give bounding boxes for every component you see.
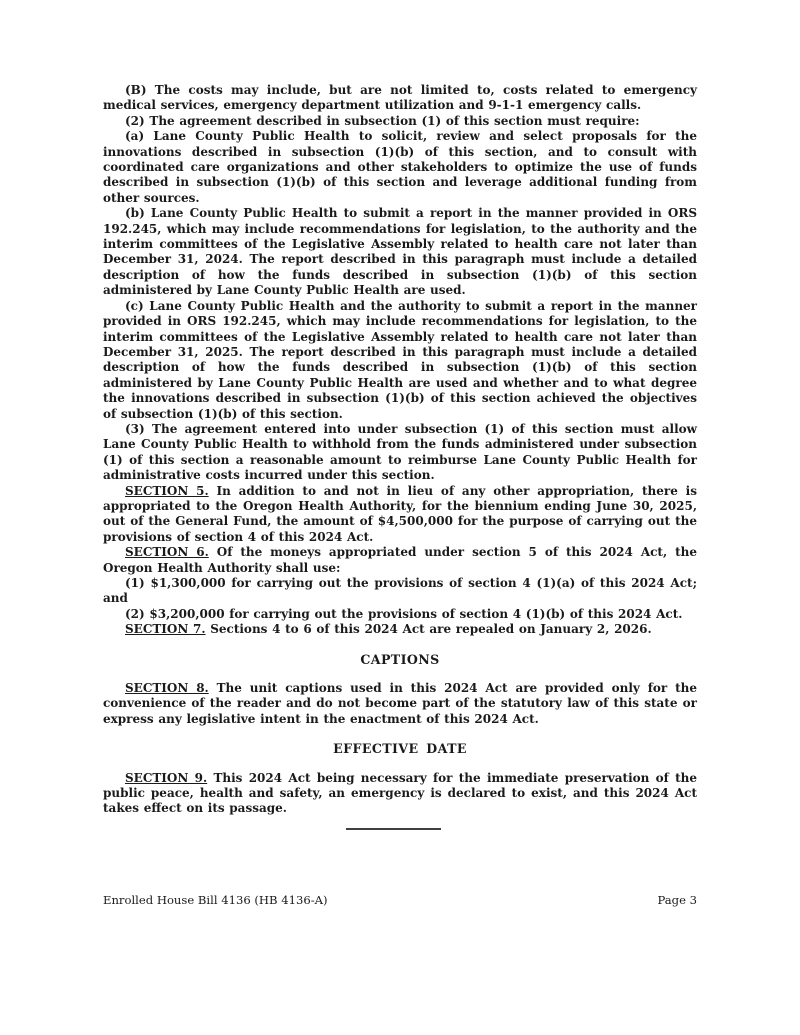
section-paragraph: SECTION 6. Of the moneys appropriated un… <box>103 545 697 576</box>
section-label: SECTION 9. <box>125 771 207 785</box>
footer-bill-title: Enrolled House Bill 4136 (HB 4136-A) <box>103 893 328 907</box>
bill-page: (B) The costs may include, but are not l… <box>0 0 800 1035</box>
section-paragraph: SECTION 7. Sections 4 to 6 of this 2024 … <box>103 622 697 637</box>
paragraph-label: (3) <box>125 422 145 436</box>
paragraph: (c) Lane County Public Health and the au… <box>103 299 697 422</box>
paragraph: (2) The agreement described in subsectio… <box>103 114 697 129</box>
paragraph-label: (c) <box>125 299 144 313</box>
section-label: SECTION 8. <box>125 681 209 695</box>
document-body: (B) The costs may include, but are not l… <box>103 83 697 830</box>
section-paragraph: SECTION 5. In addition to and not in lie… <box>103 484 697 546</box>
paragraph-label: (2) <box>125 607 145 621</box>
footer-page-number: Page 3 <box>657 893 697 907</box>
paragraph-label: (B) <box>125 83 147 97</box>
paragraph-label: (1) <box>125 576 145 590</box>
page-footer: Enrolled House Bill 4136 (HB 4136-A) Pag… <box>103 893 697 907</box>
section-paragraph: SECTION 8. The unit captions used in thi… <box>103 681 697 727</box>
paragraph: (a) Lane County Public Health to solicit… <box>103 129 697 206</box>
paragraph-label: (b) <box>125 206 145 220</box>
paragraph-label: (2) <box>125 114 145 128</box>
section-label: SECTION 7. <box>125 622 206 636</box>
paragraph: (3) The agreement entered into under sub… <box>103 422 697 484</box>
end-of-text-rule <box>346 828 441 830</box>
section-label: SECTION 6. <box>125 545 209 559</box>
section-heading: EFFECTIVE DATE <box>103 741 697 756</box>
paragraph: (2) $3,200,000 for carrying out the prov… <box>103 607 697 622</box>
paragraph: (B) The costs may include, but are not l… <box>103 83 697 114</box>
paragraph: (1) $1,300,000 for carrying out the prov… <box>103 576 697 607</box>
paragraph: (b) Lane County Public Health to submit … <box>103 206 697 298</box>
section-label: SECTION 5. <box>125 484 209 498</box>
section-paragraph: SECTION 9. This 2024 Act being necessary… <box>103 771 697 817</box>
section-heading: CAPTIONS <box>103 652 697 667</box>
paragraph-label: (a) <box>125 129 144 143</box>
